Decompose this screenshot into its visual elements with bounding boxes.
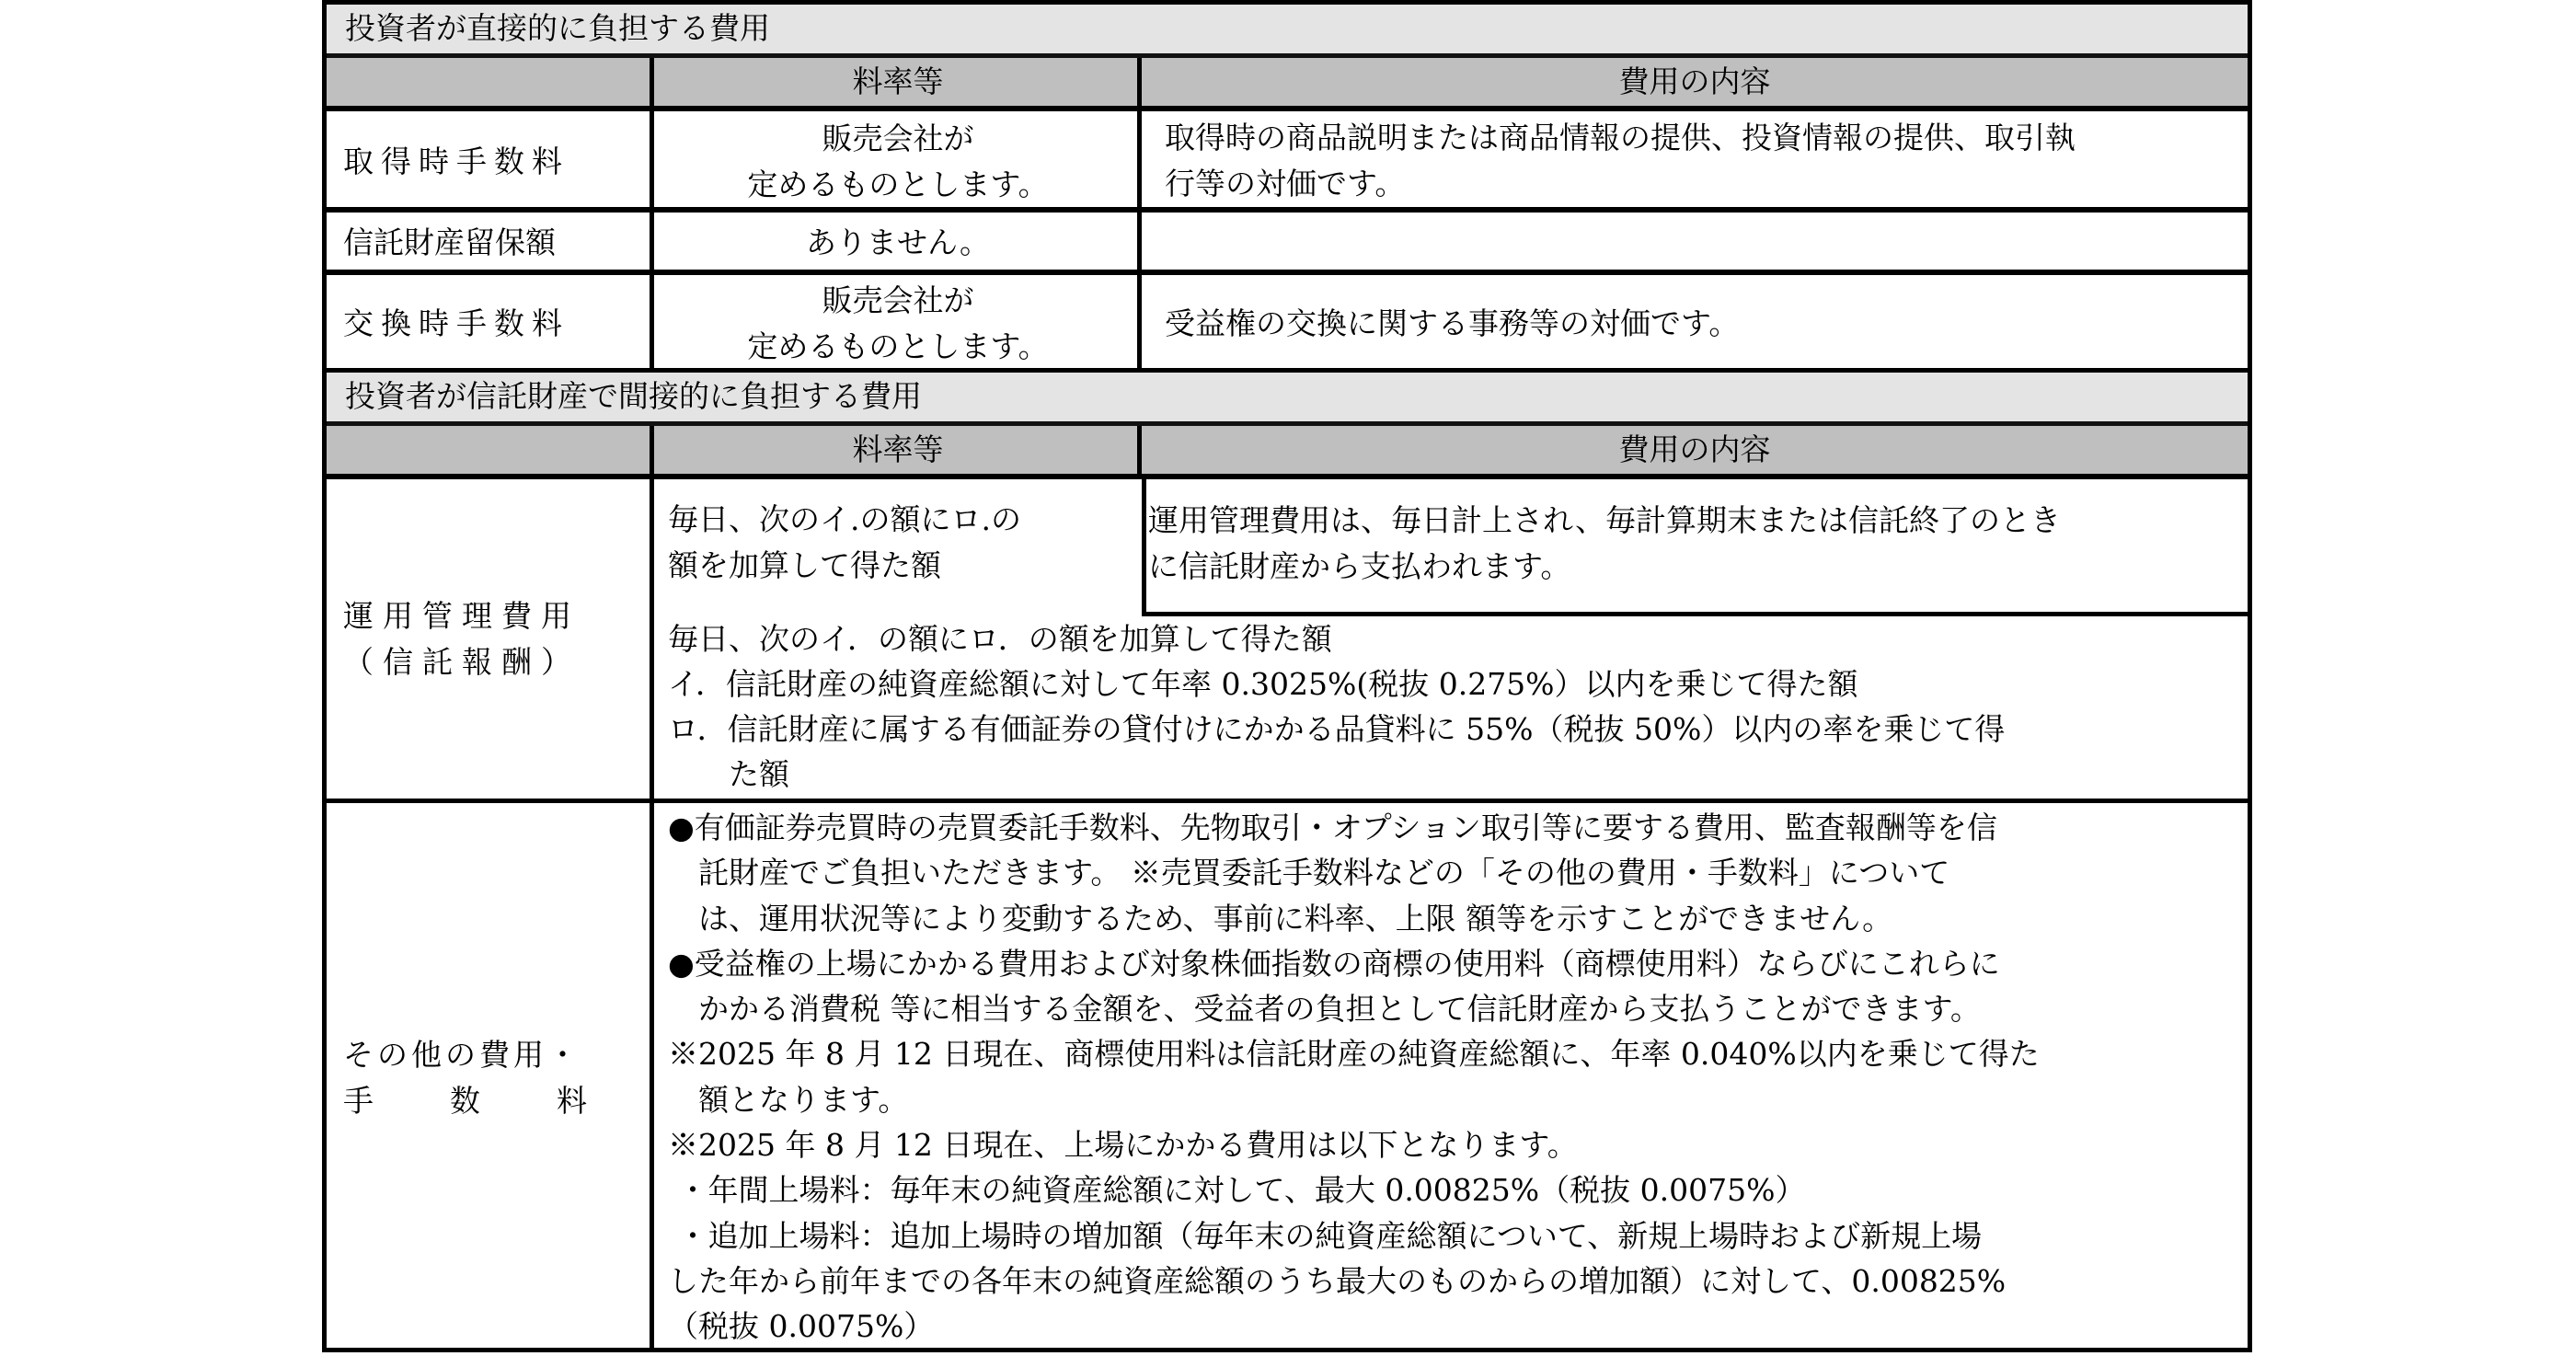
detail-line: イ．信託財産の純資産総額に対して年率 0.3025%(税抜 0.275%）以内を…: [668, 661, 2246, 707]
rate-line: 定めるものとします。: [747, 162, 1048, 208]
row-label-char: 数: [450, 1078, 480, 1124]
rate-line: ありません。: [806, 220, 990, 266]
content-line: 取得時の商品説明または商品情報の提供、投資情報の提供、取引執: [1165, 115, 2246, 161]
content-acquisition-fee: 取得時の商品説明または商品情報の提供、投資情報の提供、取引執 行等の対価です。: [1146, 111, 2246, 212]
detail-line: は、運用状況等により変動するため、事前に料率、上限 額等を示すことができません。: [668, 896, 2246, 941]
row-label-text: その他の費用・: [343, 1032, 650, 1078]
row-label-char: 料: [557, 1078, 587, 1124]
column-header-content-label: 費用の内容: [1619, 431, 1771, 467]
divider-vertical: [650, 58, 654, 373]
detail-line: ●受益権の上場にかかる費用および対象株価指数の商標の使用料（商標使用料）ならびに…: [668, 941, 2246, 986]
row-label-trust-reserve: 信託財産留保額: [327, 212, 650, 274]
divider-vertical: [650, 426, 654, 1352]
divider-horizontal: [327, 270, 2248, 275]
section-header-direct-costs: 投資者が直接的に負担する費用: [327, 5, 2248, 58]
column-header-content-label: 費用の内容: [1619, 63, 1771, 99]
content-line: 受益権の交換に関する事務等の対価です。: [1165, 301, 2246, 347]
row-label-text: 取得時手数料: [343, 139, 650, 185]
row-label-text: 交換時手数料: [343, 301, 650, 347]
rate-line: 販売会社が: [822, 116, 974, 162]
row-label-exchange-fee: 交換時手数料: [327, 274, 650, 373]
row-label-text: 信託財産留保額: [343, 220, 650, 266]
detail-line: ・年間上場料：毎年末の純資産総額に対して、最大 0.00825%（税抜 0.00…: [668, 1167, 2246, 1212]
content-exchange-fee: 受益権の交換に関する事務等の対価です。: [1146, 274, 2246, 373]
detail-line: ●有価証券売買時の売買委託手数料、先物取引・オプション取引等に要する費用、監査報…: [668, 805, 2246, 850]
rate-line: 定めるものとします。: [747, 324, 1048, 370]
row-label-management-fee: 運用管理費用 （信託報酬）: [327, 479, 650, 799]
detail-line: した年から前年までの各年末の純資産総額のうち最大のものからの増加額）に対して、0…: [668, 1258, 2246, 1304]
row-label-acquisition-fee: 取得時手数料: [327, 111, 650, 212]
detail-line: ・追加上場料：追加上場時の増加額（毎年末の純資産総額について、新規上場時および新…: [668, 1213, 2246, 1258]
divider-vertical: [1137, 426, 1142, 479]
row-label-char: 手: [343, 1078, 374, 1124]
rate-exchange-fee: 販売会社が 定めるものとします。: [654, 274, 1142, 373]
column-header-rate-label: 料率等: [853, 63, 944, 99]
fee-table: 投資者が直接的に負担する費用 料率等 費用の内容 取得時手数料 販売会社が 定め…: [322, 0, 2252, 1352]
divider-horizontal: [327, 799, 2248, 803]
rate-line: 販売会社が: [822, 278, 974, 324]
detail-management-fee: 毎日、次のイ．の額にロ．の額を加算して得た額 イ．信託財産の純資産総額に対して年…: [668, 616, 2246, 799]
section-title: 投資者が直接的に負担する費用: [345, 10, 770, 46]
row-label-other-fees: その他の費用・ 手 数 料: [327, 803, 650, 1352]
detail-line: （税抜 0.0075%）: [668, 1304, 2246, 1349]
column-header-content: 費用の内容: [1142, 426, 2248, 474]
detail-line: ※2025 年 8 月 12 日現在、商標使用料は信託財産の純資産総額に、年率 …: [668, 1031, 2246, 1076]
detail-line: 毎日、次のイ．の額にロ．の額を加算して得た額: [668, 616, 2246, 661]
rate-acquisition-fee: 販売会社が 定めるものとします。: [654, 111, 1142, 212]
divider-horizontal: [327, 368, 2248, 373]
content-line: 行等の対価です。: [1165, 161, 2246, 207]
row-label-text: 運用管理費用: [343, 593, 650, 639]
rate-line: 額を加算して得た額: [668, 543, 1142, 589]
divider-horizontal: [327, 207, 2248, 213]
column-header-rate-label: 料率等: [853, 431, 944, 467]
content-management-fee: 運用管理費用は、毎日計上され、毎計算期末または信託終了のとき に信託財産から支払…: [1142, 479, 2248, 616]
detail-line: 託財産でご負担いただきます。 ※売買委託手数料などの「その他の費用・手数料」につ…: [668, 850, 2246, 895]
section-title: 投資者が信託財産で間接的に負担する費用: [345, 378, 922, 414]
detail-line: かかる消費税 等に相当する金額を、受益者の負担として信託財産から支払うことができ…: [668, 986, 2246, 1031]
column-header-content: 費用の内容: [1142, 58, 2248, 106]
detail-other-fees: ●有価証券売買時の売買委託手数料、先物取引・オプション取引等に要する費用、監査報…: [668, 805, 2246, 1352]
detail-line: た額: [668, 752, 2246, 797]
rate-line: 毎日、次のイ.の額にロ.の: [668, 497, 1142, 543]
rate-trust-reserve: ありません。: [654, 212, 1142, 274]
content-line: に信託財産から支払われます。: [1148, 544, 2248, 590]
column-header-rate: 料率等: [654, 58, 1142, 106]
section-header-indirect-costs: 投資者が信託財産で間接的に負担する費用: [327, 373, 2248, 426]
divider-vertical: [1137, 58, 1142, 373]
column-header-rate: 料率等: [654, 426, 1142, 474]
rate-management-fee: 毎日、次のイ.の額にロ.の 額を加算して得た額: [668, 497, 1142, 598]
content-line: 運用管理費用は、毎日計上され、毎計算期末または信託終了のとき: [1148, 498, 2248, 544]
row-label-text: （信託報酬）: [343, 639, 650, 685]
content-trust-reserve: [1146, 212, 2246, 274]
row-label-spread: 手 数 料: [343, 1078, 587, 1124]
detail-line: 額となります。: [668, 1077, 2246, 1122]
detail-line: ロ．信託財産に属する有価証券の貸付けにかかる品貸料に 55%（税抜 50%）以内…: [668, 707, 2246, 752]
detail-line: ※2025 年 8 月 12 日現在、上場にかかる費用は以下となります。: [668, 1122, 2246, 1167]
